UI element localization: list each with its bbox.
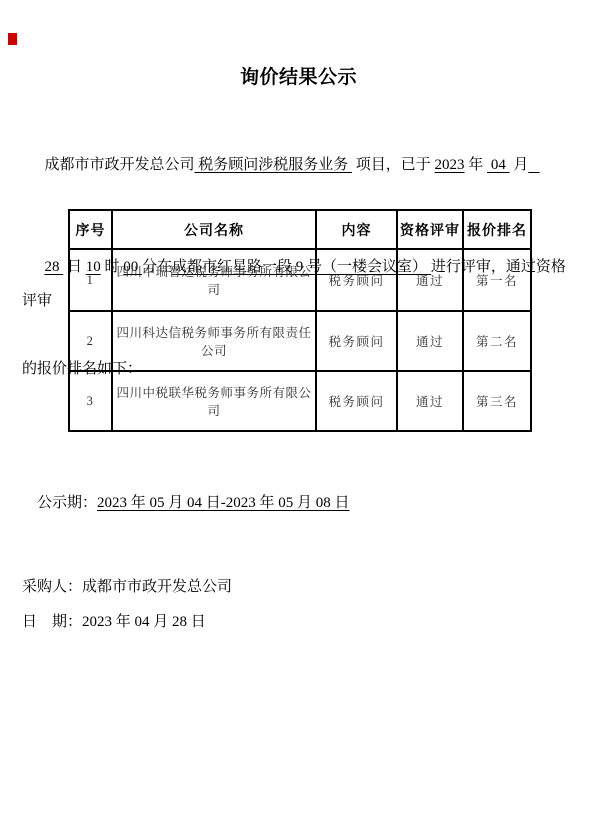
text-segment: 项目，已于 bbox=[352, 157, 435, 173]
underlined-day: 28 bbox=[45, 259, 64, 275]
cell-qualification: 通过 bbox=[397, 371, 463, 431]
cell-seq: 3 bbox=[69, 371, 112, 431]
cell-qualification: 通过 bbox=[397, 249, 463, 311]
table-row: 1 四川中瑞智达税务师事务所有限公司 税务顾问 通过 第一名 bbox=[69, 249, 531, 311]
document-title: 询价结果公示 bbox=[0, 62, 597, 89]
cell-rank: 第三名 bbox=[463, 371, 531, 431]
publicity-label: 公示期： bbox=[37, 495, 97, 511]
cell-rank: 第一名 bbox=[463, 249, 531, 311]
red-marker bbox=[8, 33, 17, 45]
underlined-project-name: 税务顾问涉税服务业务 bbox=[195, 157, 353, 173]
purchaser-line: 采购人：成都市市政开发总公司 bbox=[22, 575, 232, 596]
cell-content: 税务顾问 bbox=[316, 311, 397, 371]
underlined-month: 04 bbox=[487, 157, 510, 173]
cell-seq: 2 bbox=[69, 311, 112, 371]
text-segment: 成都市市政开发总公司 bbox=[45, 157, 195, 173]
document-page: 询价结果公示 成都市市政开发总公司 税务顾问涉税服务业务 项目，已于 2023 … bbox=[0, 0, 597, 819]
underlined-blank bbox=[528, 157, 539, 173]
header-rank: 报价排名 bbox=[463, 210, 531, 249]
publicity-period-line: 公示期：2023 年 05 月 04 日-2023 年 05 月 08 日 bbox=[22, 474, 350, 529]
header-content: 内容 bbox=[316, 210, 397, 249]
paragraph-line-1: 成都市市政开发总公司 税务顾问涉税服务业务 项目，已于 2023 年 04 月 bbox=[22, 114, 578, 216]
header-seq: 序号 bbox=[69, 210, 112, 249]
cell-seq: 1 bbox=[69, 249, 112, 311]
cell-content: 税务顾问 bbox=[316, 249, 397, 311]
cell-content: 税务顾问 bbox=[316, 371, 397, 431]
table-row: 3 四川中税联华税务师事务所有限公司 税务顾问 通过 第三名 bbox=[69, 371, 531, 431]
underlined-year: 2023 bbox=[435, 157, 465, 173]
table-row: 2 四川科达信税务师事务所有限责任公司 税务顾问 通过 第二名 bbox=[69, 311, 531, 371]
underlined-publicity-period: 2023 年 05 月 04 日-2023 年 05 月 08 日 bbox=[97, 495, 350, 511]
date-line: 日 期：2023 年 04 月 28 日 bbox=[22, 610, 206, 631]
header-qualification: 资格评审 bbox=[397, 210, 463, 249]
header-company: 公司名称 bbox=[112, 210, 316, 249]
cell-company: 四川科达信税务师事务所有限责任公司 bbox=[112, 311, 316, 371]
cell-company: 四川中瑞智达税务师事务所有限公司 bbox=[112, 249, 316, 311]
cell-company: 四川中税联华税务师事务所有限公司 bbox=[112, 371, 316, 431]
results-table: 序号 公司名称 内容 资格评审 报价排名 1 四川中瑞智达税务师事务所有限公司 … bbox=[68, 209, 532, 432]
text-segment: 月 bbox=[510, 157, 529, 173]
text-segment: 年 bbox=[465, 157, 488, 173]
cell-qualification: 通过 bbox=[397, 311, 463, 371]
cell-rank: 第二名 bbox=[463, 311, 531, 371]
table-header-row: 序号 公司名称 内容 资格评审 报价排名 bbox=[69, 210, 531, 249]
